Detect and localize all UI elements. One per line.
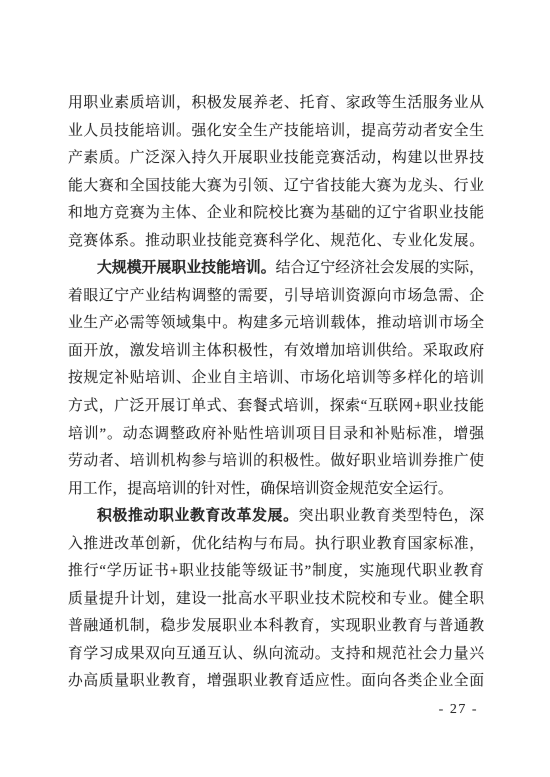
paragraph-lead: 积极推动职业教育改革发展。 [97, 508, 299, 524]
text-line: 推行“学历证书+职业技能等级证书”制度，实施现代职业教育 [68, 558, 484, 586]
paragraph-lead-rest: 突出职业教育类型特色，深 [299, 508, 484, 524]
text-line: 和地方竞赛为主体、企业和院校比赛为基础的辽宁省职业技能 [68, 200, 484, 228]
text-line: 面开放，激发培训主体积极性，有效增加培训供给。采取政府 [68, 338, 484, 366]
text-line: 质量提升计划，建设一批高水平职业技术院校和专业。健全职 [68, 586, 484, 614]
text-line: 劳动者、培训机构参与培训的积极性。做好职业培训券推广使 [68, 448, 484, 476]
text-line: 方式，广泛开展订单式、套餐式培训，探索“互联网+职业技能 [68, 393, 484, 421]
text-line: 积极推动职业教育改革发展。突出职业教育类型特色，深 [68, 503, 484, 531]
document-body: 用职业素质培训，积极发展养老、托育、家政等生活服务业从 业人员技能培训。强化安全… [68, 90, 484, 696]
text-line: 能大赛和全国技能大赛为引领、辽宁省技能大赛为龙头、行业 [68, 173, 484, 201]
text-line: 入推进改革创新，优化结构与布局。执行职业教育国家标准， [68, 531, 484, 559]
text-line: 着眼辽宁产业结构调整的需要，引导培训资源向市场急需、企 [68, 283, 484, 311]
text-line: 用职业素质培训，积极发展养老、托育、家政等生活服务业从 [68, 90, 484, 118]
text-line: 普融通机制，稳步发展职业本科教育，实现职业教育与普通教 [68, 613, 484, 641]
paragraph-lead: 大规模开展职业技能培训。 [97, 260, 276, 276]
text-line: 竞赛体系。推动职业技能竞赛科学化、规范化、专业化发展。 [68, 228, 484, 256]
paragraph: 积极推动职业教育改革发展。突出职业教育类型特色，深 入推进改革创新，优化结构与布… [68, 503, 484, 696]
text-line: 办高质量职业教育，增强职业教育适应性。面向各类企业全面 [68, 668, 484, 696]
paragraph: 大规模开展职业技能培训。结合辽宁经济社会发展的实际， 着眼辽宁产业结构调整的需要… [68, 255, 484, 503]
text-line: 育学习成果双向互通互认、纵向流动。支持和规范社会力量兴 [68, 641, 484, 669]
text-line: 业生产必需等领域集中。构建多元培训载体，推动培训市场全 [68, 310, 484, 338]
text-line: 培训”。动态调整政府补贴性培训项目目录和补贴标准，增强 [68, 421, 484, 449]
document-page: 用职业素质培训，积极发展养老、托育、家政等生活服务业从 业人员技能培训。强化安全… [0, 0, 550, 777]
text-line: 用工作，提高培训的针对性，确保培训资金规范安全运行。 [68, 476, 484, 504]
text-line: 按规定补贴培训、企业自主培训、市场化培训等多样化的培训 [68, 365, 484, 393]
text-line: 大规模开展职业技能培训。结合辽宁经济社会发展的实际， [68, 255, 484, 283]
page-number: - 27 - [439, 702, 478, 718]
text-line: 业人员技能培训。强化安全生产技能培训，提高劳动者安全生 [68, 118, 484, 146]
text-line: 产素质。广泛深入持久开展职业技能竞赛活动，构建以世界技 [68, 145, 484, 173]
paragraph-lead-rest: 结合辽宁经济社会发展的实际， [276, 260, 484, 276]
paragraph: 用职业素质培训，积极发展养老、托育、家政等生活服务业从 业人员技能培训。强化安全… [68, 90, 484, 255]
